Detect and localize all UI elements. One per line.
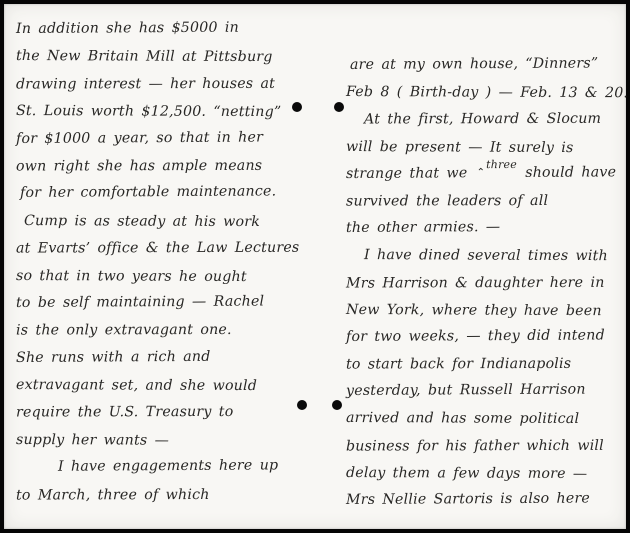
handwriting-line-right-7: the other armies. —: [346, 213, 622, 242]
handwriting-line-left-6: own right she has ample means: [16, 153, 308, 181]
handwriting-line-right-3: At the first, Howard & Slocum: [346, 106, 622, 134]
handwriting-line-right-5: strange that we ⌃three should have: [346, 159, 622, 188]
handwriting-line-left-11: to be self maintaining — Rachel: [16, 288, 308, 317]
handwriting-line-left-9: at Evarts’ office & the Law Lectures: [16, 235, 308, 263]
handwriting-line-left-8: Cump is as steady at his work: [16, 208, 308, 237]
right-page: are at my own house, “Dinners”Feb 8 ( Bi…: [346, 52, 622, 514]
handwriting-line-right-14: arrived and has some political: [346, 405, 622, 433]
binder-hole-1: [292, 102, 302, 112]
binder-hole-3: [297, 400, 307, 410]
handwriting-line-left-14: extravagant set, and she would: [16, 372, 308, 401]
handwriting-line-right-12: to start back for Indianapolis: [346, 351, 622, 379]
handwriting-line-left-3: drawing interest — her houses at: [16, 71, 308, 99]
binder-hole-2: [334, 102, 344, 112]
left-page: In addition she has $5000 inthe New Brit…: [16, 16, 308, 509]
handwriting-line-left-18: to March, three of which: [16, 481, 308, 509]
handwriting-line-right-1: are at my own house, “Dinners”: [346, 50, 622, 79]
handwriting-line-left-12: is the only extravagant one.: [16, 317, 308, 345]
handwriting-line-left-5: for $1000 a year, so that in her: [16, 124, 308, 153]
handwriting-line-right-6: survived the leaders of all: [346, 188, 622, 216]
handwriting-line-left-2: the New Britain Mill at Pittsburg: [16, 43, 308, 72]
line-text-pre: strange that we: [346, 165, 475, 182]
handwriting-line-left-16: supply her wants —: [16, 427, 308, 456]
handwriting-line-right-4: will be present — It surely is: [346, 134, 622, 162]
handwriting-line-right-2: Feb 8 ( Birth-day ) — Feb. 13 & 20.: [346, 79, 622, 107]
handwriting-line-right-10: New York, where they have been: [346, 297, 622, 325]
handwriting-line-right-16: delay them a few days more —: [346, 460, 622, 488]
line-text-post: should have: [518, 164, 616, 181]
handwriting-line-right-15: business for his father which will: [346, 432, 622, 460]
handwriting-line-left-4: St. Louis worth $12,500. “netting”: [16, 98, 308, 127]
handwriting-line-right-8: I have dined several times with: [346, 242, 622, 270]
handwriting-line-left-13: She runs with a rich and: [16, 343, 308, 372]
handwriting-line-left-7: for her comfortable maintenance.: [16, 179, 308, 208]
caret-insertion-icon: ⌃: [477, 159, 486, 186]
letter-scan: In addition she has $5000 inthe New Brit…: [0, 0, 630, 533]
handwriting-line-right-13: yesterday, but Russell Harrison: [346, 377, 622, 406]
handwriting-line-left-15: require the U.S. Treasury to: [16, 399, 308, 427]
handwriting-line-right-9: Mrs Harrison & daughter here in: [346, 269, 622, 297]
binder-hole-4: [332, 400, 342, 410]
handwriting-line-right-17: Mrs Nellie Sartoris is also here: [346, 485, 622, 514]
inserted-word: three: [486, 151, 517, 178]
handwriting-line-left-1: In addition she has $5000 in: [16, 14, 308, 43]
handwriting-line-left-10: so that in two years he ought: [16, 263, 308, 292]
handwriting-line-left-17: I have engagements here up: [16, 452, 308, 481]
handwriting-line-right-11: for two weeks, — they did intend: [346, 322, 622, 351]
